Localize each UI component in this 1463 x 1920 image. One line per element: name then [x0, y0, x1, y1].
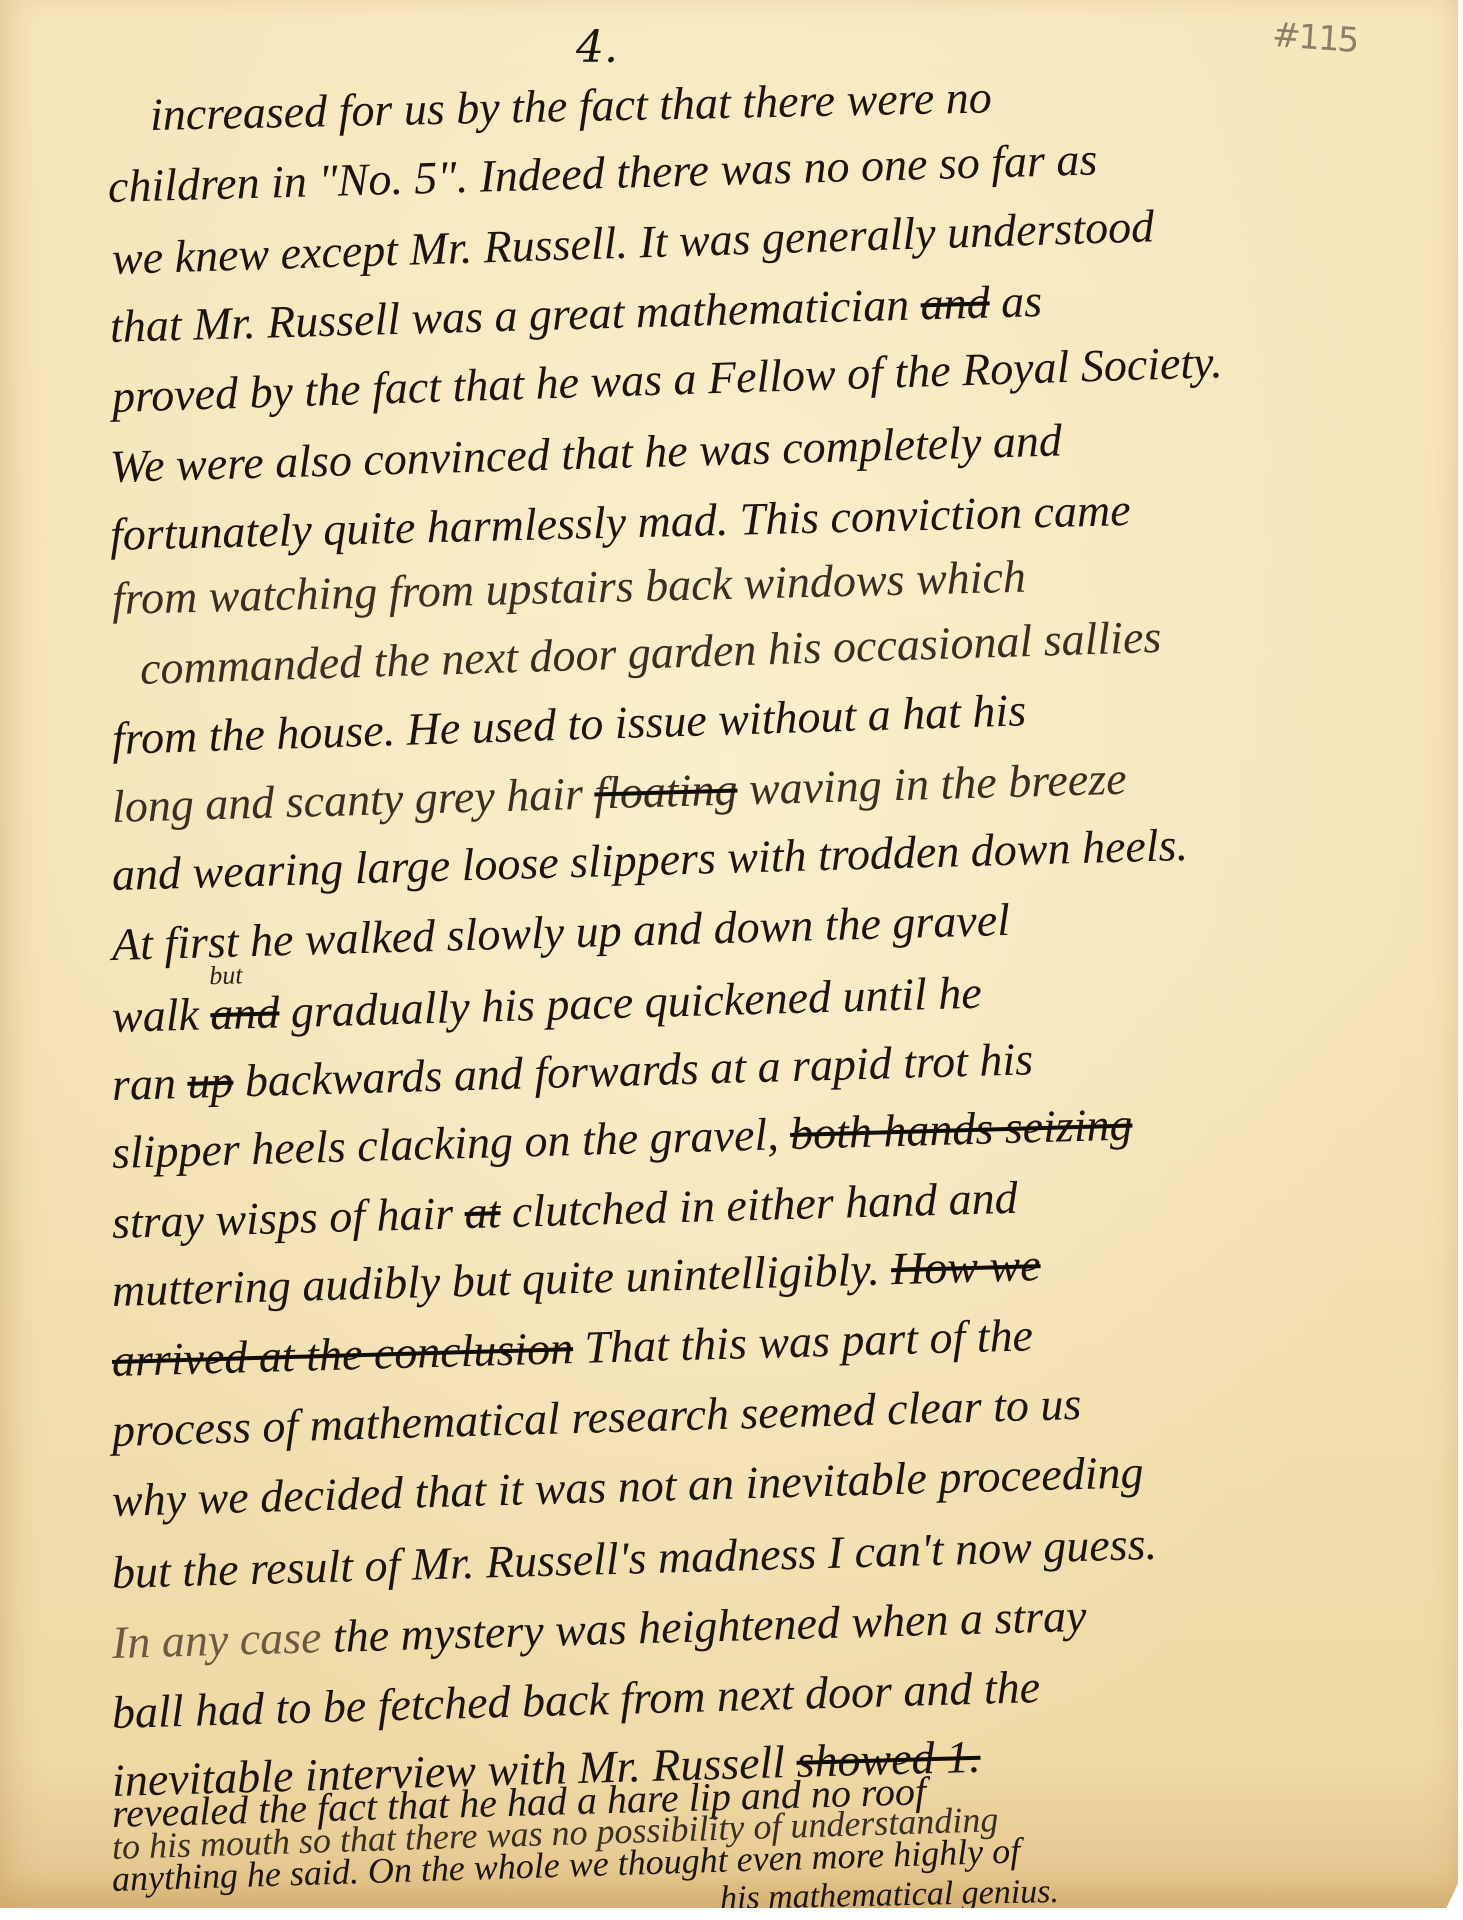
manuscript-line: but the result of Mr. Russell's madness … — [111, 1517, 1157, 1599]
line-text: but the result of Mr. Russell's madness … — [111, 1518, 1157, 1598]
manuscript-body: increased for us by the fact that there … — [0, 0, 1458, 1908]
manuscript-line: long and scanty grey hair floating wavin… — [111, 752, 1127, 833]
line-text: slipper heels clacking on the gravel, — [111, 1108, 779, 1178]
manuscript-line: why we decided that it was not an inevit… — [111, 1445, 1144, 1527]
manuscript-line: We were also convinced that he was compl… — [109, 413, 1062, 493]
line-text: and wearing large loose slippers with tr… — [111, 819, 1188, 900]
line-text: backwards and forwards at a rapid trot h… — [244, 1033, 1034, 1106]
line-text: clutched in either hand and — [511, 1172, 1018, 1237]
line-text: process of mathematical research seemed … — [111, 1378, 1082, 1456]
line-text: waving in the breeze — [748, 753, 1127, 815]
manuscript-line: slipper heels clacking on the gravel, bo… — [111, 1098, 1133, 1179]
line-text: stray wisps of hair — [111, 1187, 454, 1248]
manuscript-line: children in "No. 5". Indeed there was no… — [107, 132, 1098, 213]
line-text: At first he walked slowly up and down th… — [111, 894, 1010, 970]
line-text: We were also convinced that he was compl… — [109, 414, 1062, 492]
line-text: his mathematical genius. — [720, 1873, 1060, 1917]
line-text: In any case — [111, 1611, 322, 1668]
line-text: commanded the next door garden his occas… — [139, 611, 1162, 694]
manuscript-line: fortunately quite harmlessly mad. This c… — [109, 483, 1131, 561]
manuscript-line: walk butand gradually his pace quickened… — [111, 966, 982, 1043]
line-text: muttering audibly but quite unintelligib… — [111, 1244, 880, 1316]
manuscript-line: commanded the next door garden his occas… — [139, 610, 1162, 695]
manuscript-line: we knew except Mr. Russell. It was gener… — [111, 199, 1155, 285]
struck-through-text: floating — [594, 764, 738, 819]
line-text: from watching from upstairs back windows… — [111, 551, 1026, 624]
line-text: as — [1000, 275, 1042, 327]
manuscript-line: ball had to be fetched back from next do… — [111, 1660, 1040, 1739]
line-text: long and scanty grey hair — [111, 768, 583, 832]
line-text: increased for us by the fact that there … — [149, 71, 992, 140]
line-text: the mystery was heightened when a stray — [332, 1590, 1087, 1662]
line-text: gradually his pace quickened until he — [290, 967, 982, 1037]
manuscript-line: his mathematical genius. — [720, 1873, 1060, 1918]
line-text: that Mr. Russell was a great mathematici… — [109, 279, 910, 352]
line-text: ran — [111, 1057, 176, 1110]
struck-through-text: at — [464, 1186, 501, 1238]
manuscript-line: arrived at the conclusion That this was … — [111, 1308, 1033, 1387]
struck-through-text: and — [210, 986, 280, 1039]
struck-through-text: How we — [890, 1239, 1041, 1294]
line-text: we knew except Mr. Russell. It was gener… — [111, 200, 1155, 284]
manuscript-line: ran up backwards and forwards at a rapid… — [111, 1032, 1033, 1111]
struck-through-text: both hands seizing — [789, 1099, 1133, 1160]
manuscript-line: In any case the mystery was heightened w… — [111, 1589, 1087, 1669]
line-text: fortunately quite harmlessly mad. This c… — [109, 484, 1131, 560]
manuscript-line: from the house. He used to issue without… — [111, 683, 1027, 765]
manuscript-line: process of mathematical research seemed … — [111, 1377, 1082, 1457]
manuscript-line: from watching from upstairs back windows… — [111, 550, 1026, 625]
manuscript-line: At first he walked slowly up and down th… — [111, 893, 1010, 971]
line-text: That this was part of the — [584, 1309, 1034, 1373]
struck-through-text: and — [920, 276, 990, 329]
line-text: from the house. He used to issue without… — [111, 684, 1027, 764]
struck-through-text: arrived at the conclusion — [111, 1322, 573, 1386]
manuscript-line: and wearing large loose slippers with tr… — [111, 818, 1188, 901]
struck-through-text: up — [187, 1056, 234, 1108]
manuscript-line: stray wisps of hair at clutched in eithe… — [111, 1171, 1018, 1249]
manuscript-page: 4. #115 increased for us by the fact tha… — [0, 0, 1458, 1908]
line-text: proved by the fact that he was a Fellow … — [111, 336, 1223, 422]
manuscript-line: increased for us by the fact that there … — [149, 70, 992, 141]
line-text: ball had to be fetched back from next do… — [111, 1661, 1040, 1738]
manuscript-line: muttering audibly but quite unintelligib… — [111, 1238, 1041, 1317]
line-text: why we decided that it was not an inevit… — [111, 1446, 1144, 1526]
line-text: walk — [111, 989, 199, 1042]
manuscript-line: that Mr. Russell was a great mathematici… — [109, 274, 1042, 353]
interlinear-insertion: but — [209, 960, 243, 991]
line-text: children in "No. 5". Indeed there was no… — [107, 133, 1098, 212]
